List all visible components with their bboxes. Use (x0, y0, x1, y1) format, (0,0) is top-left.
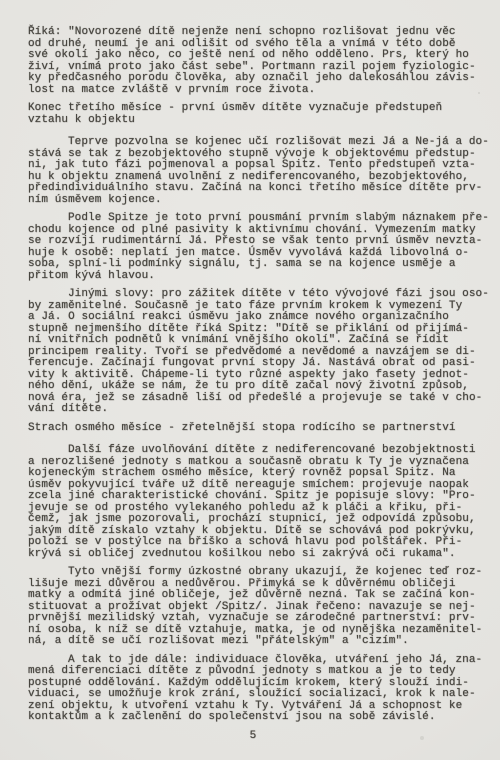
paragraph-5: Další fáze uvolňování dítěte z nediferen… (28, 445, 478, 560)
heading-third-month: Konec třetího měsíce - první úsměv dítět… (28, 103, 478, 126)
paragraph-3: Podle Spitze je toto první pousmání prvn… (28, 213, 478, 282)
paragraph-4: Jinými slovy: pro zážitek dítěte v této … (28, 289, 478, 416)
paragraph-2: Teprve pozvolna se kojenec učí rozlišova… (28, 137, 478, 206)
page-number: 5 (28, 731, 478, 743)
paragraph-1: Říká: "Novorozené dítě nejenže není scho… (28, 27, 478, 96)
paragraph-7: A tak to jde dále: individuace člověka, … (28, 655, 478, 724)
scan-speckles (0, 0, 2, 2)
scanned-typewritten-page: Říká: "Novorozené dítě nejenže není scho… (0, 0, 500, 760)
heading-eighth-month: Strach osmého měsíce - zřetelnější stopa… (28, 423, 478, 435)
paragraph-6: Tyto vnější formy úzkostné obrany ukazuj… (28, 567, 478, 648)
page-text-column: Říká: "Novorozené dítě nejenže není scho… (28, 27, 478, 742)
